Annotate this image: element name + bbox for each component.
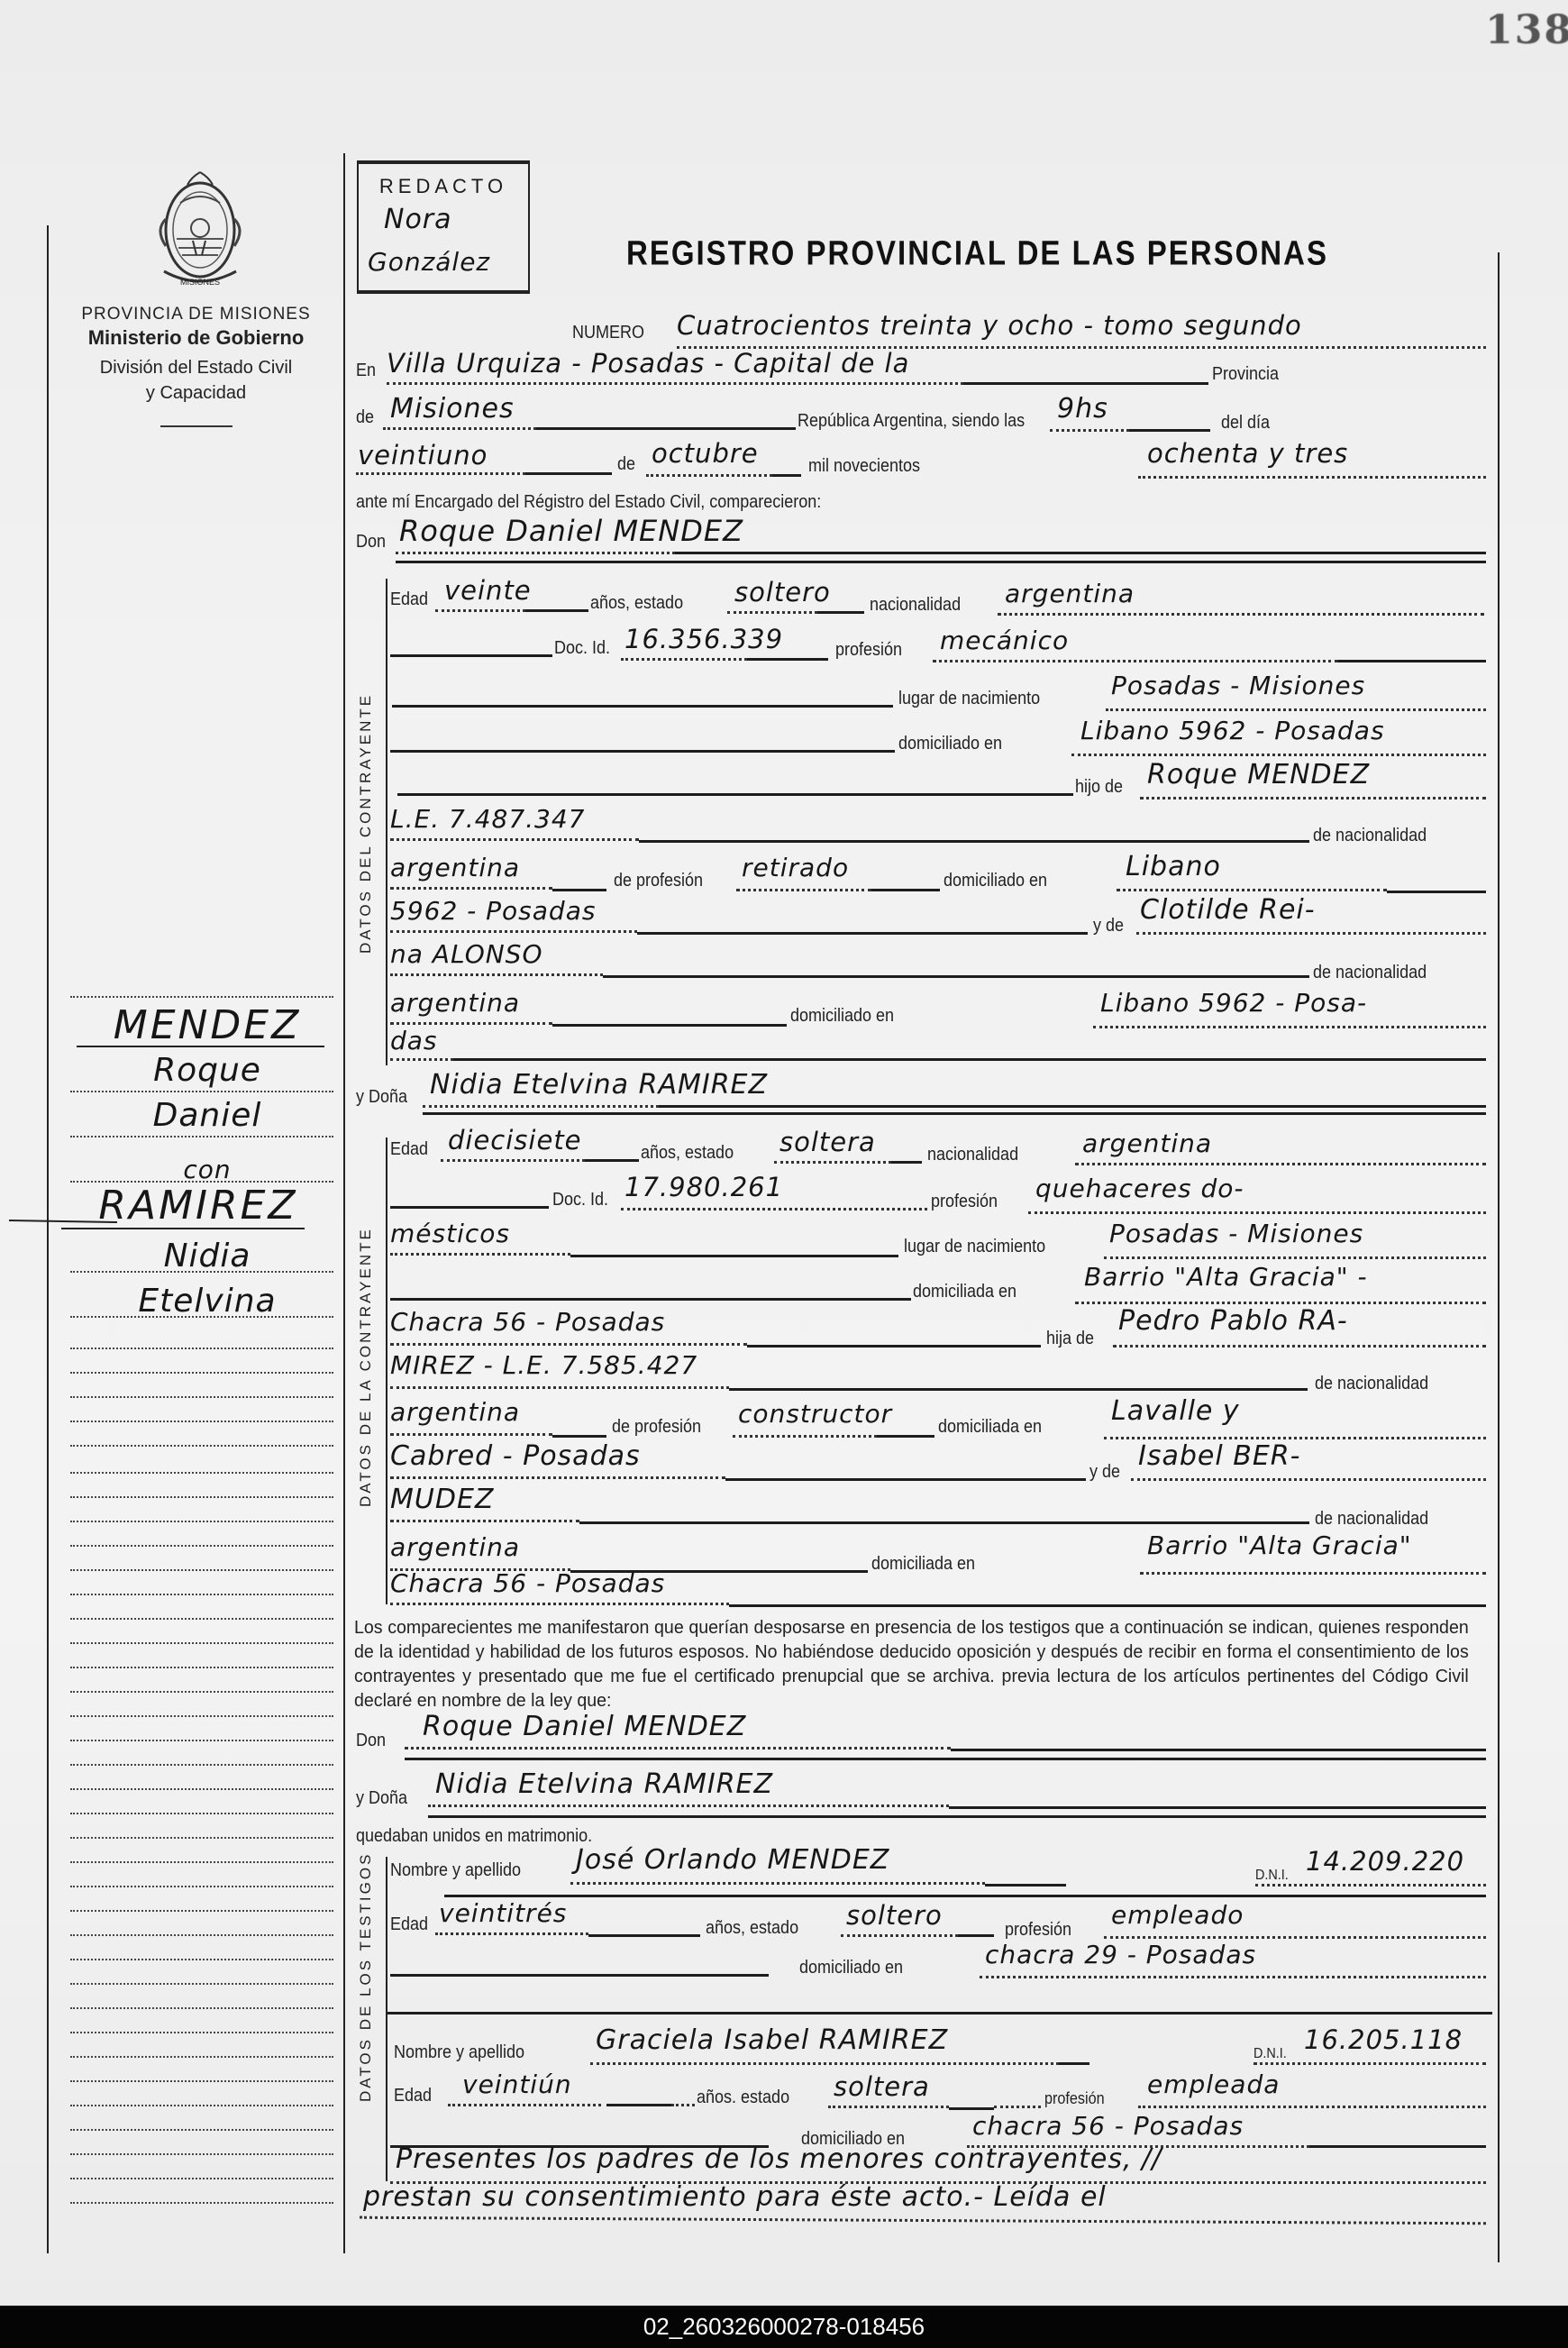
lugar-value: Posadas - Misiones xyxy=(1111,671,1365,700)
margin-line xyxy=(70,1788,333,1790)
del-dia-label: del día xyxy=(1221,413,1270,434)
contrayente-lugar-row: lugar de nacimiento Posadas - Misiones xyxy=(354,669,1491,714)
madre-nacionalidad-label: de nacionalidad xyxy=(1313,963,1427,983)
margin-line xyxy=(70,1813,333,1814)
dia-value: veintiuno xyxy=(358,440,488,471)
fill-line xyxy=(435,1932,588,1935)
declaration-don-row: Don Roque Daniel MENDEZ xyxy=(354,1711,1491,1756)
margin-surname-bride: RAMIREZ xyxy=(68,1188,329,1224)
fill-line xyxy=(356,472,525,475)
fill-line xyxy=(1253,2062,1486,2065)
fill-line xyxy=(392,705,893,708)
contrayente-domicilio-row: domiciliado en Libano 5962 - Posadas xyxy=(354,714,1491,759)
margin-line xyxy=(70,2007,333,2009)
left-column-divider xyxy=(343,153,345,2253)
madre-value-1: Isabel BER- xyxy=(1138,1440,1300,1472)
testigo-2-profesion: empleada xyxy=(1147,2069,1280,2099)
fill-line xyxy=(725,1478,1086,1481)
fill-line xyxy=(659,1105,1486,1108)
nacionalidad-label: nacionalidad xyxy=(927,1145,1018,1165)
fill-line xyxy=(423,1105,659,1108)
fill-line xyxy=(390,1476,725,1479)
margin-line xyxy=(70,2080,333,2082)
de-nacionalidad-label: de nacionalidad xyxy=(1313,826,1427,846)
margin-line xyxy=(70,1445,333,1447)
en-label: En xyxy=(356,361,376,381)
fill-line xyxy=(1104,1437,1486,1439)
lugar-value: Posadas - Misiones xyxy=(1109,1219,1363,1248)
fill-line xyxy=(603,975,1309,978)
don-value: Roque Daniel MENDEZ xyxy=(423,1711,746,1742)
fill-line xyxy=(525,609,588,612)
margin-line xyxy=(70,1521,333,1522)
edad-label: Edad xyxy=(390,589,428,610)
padre-profesion-value: retirado xyxy=(742,853,849,882)
fill-line xyxy=(606,2104,671,2106)
margin-line xyxy=(70,2202,333,2204)
madre-domicilio-value-2: Chacra 56 - Posadas xyxy=(390,1568,665,1598)
madre-domicilio-value-1: Libano 5962 - Posa- xyxy=(1100,988,1367,1018)
margin-line xyxy=(70,1496,333,1498)
fill-line xyxy=(390,1520,579,1522)
contrayenta-madre-dom-cont-row: Chacra 56 - Posadas xyxy=(354,1568,1491,1613)
de-mes-label: de xyxy=(617,454,635,475)
fill-line xyxy=(877,1435,934,1438)
fill-line xyxy=(552,1435,606,1438)
fill-line xyxy=(747,658,828,661)
contrayenta-padre-prof-row: argentina de profesión constructor domic… xyxy=(354,1395,1491,1440)
margin-line xyxy=(70,1348,333,1349)
fill-line xyxy=(390,1343,747,1346)
fill-line xyxy=(1136,932,1486,935)
fill-line xyxy=(1140,797,1486,799)
fill-line xyxy=(1131,1478,1486,1481)
fill-line xyxy=(390,1603,729,1605)
fill-line xyxy=(841,1934,958,1937)
note-line-2: prestan su consentimiento para éste acto… xyxy=(363,2181,1107,2213)
testigo-1-nombre-row: Nombre y apellido José Orlando MENDEZ D.… xyxy=(354,1846,1491,1891)
fill-line xyxy=(958,1934,994,1937)
margin-line xyxy=(70,1934,333,1936)
anios-label: años, estado xyxy=(641,1143,734,1164)
fill-line xyxy=(588,1934,700,1937)
fill-line xyxy=(570,1882,985,1885)
doc-label: D.N.I. xyxy=(1255,1868,1289,1884)
declaration-dona-row: y Doña Nidia Etelvina RAMIREZ xyxy=(354,1768,1491,1814)
fill-line xyxy=(1106,708,1486,711)
fill-line xyxy=(552,889,606,891)
image-id-footer: 02_260326000278-018456 xyxy=(0,2306,1568,2348)
padre-nacionalidad-value: argentina xyxy=(390,1397,520,1427)
fill-line xyxy=(1138,2106,1486,2108)
nacionalidad-value: argentina xyxy=(1082,1128,1212,1158)
fill-line xyxy=(396,561,1486,563)
margin-line xyxy=(70,2032,333,2033)
contrayenta-doc-row: Doc. Id. 17.980.261 profesión quehaceres… xyxy=(354,1170,1491,1215)
fill-line xyxy=(1387,891,1486,893)
margin-line xyxy=(70,996,333,998)
madre-value-1: Clotilde Rei- xyxy=(1140,894,1316,926)
nombre-label: Nombre y apellido xyxy=(394,2042,524,2063)
margin-line xyxy=(70,1886,333,1887)
hora-value: 9hs xyxy=(1057,393,1108,425)
fill-line xyxy=(1129,429,1210,432)
nacionalidad-label: nacionalidad xyxy=(870,595,961,616)
dona-value: Nidia Etelvina RAMIREZ xyxy=(435,1768,773,1800)
fill-line xyxy=(933,660,1338,662)
fill-line xyxy=(390,750,895,753)
numero-label: NUMERO xyxy=(572,323,644,343)
testigo-2-estado: soltera xyxy=(834,2071,930,2102)
testigo-1-edad: veintitrés xyxy=(439,1898,567,1928)
contrayenta-lugar-row: mésticos lugar de nacimiento Posadas - M… xyxy=(354,1215,1491,1260)
division-name: División del Estado Civil xyxy=(54,355,338,380)
dona-label: y Doña xyxy=(356,1087,407,1108)
margin-surname-groom: MENDEZ xyxy=(86,1008,329,1044)
fill-line xyxy=(1075,1163,1486,1165)
fill-line xyxy=(390,887,552,890)
fill-line xyxy=(453,1058,1486,1061)
mes-value: octubre xyxy=(652,438,759,469)
edad-label: Edad xyxy=(394,2086,432,2106)
profesion-label: profesión xyxy=(1044,2089,1105,2108)
margin-name-bride-1: Nidia xyxy=(86,1238,329,1274)
ante-text: ante mí Encargado del Régistro del Estad… xyxy=(356,492,821,513)
dona-row: y Doña Nidia Etelvina RAMIREZ xyxy=(354,1067,1491,1112)
organization-header: PROVINCIA DE MISIONES Ministerio de Gobi… xyxy=(54,305,338,427)
edad-label: Edad xyxy=(390,1914,428,1935)
padre-doc-value: L.E. 7.487.347 xyxy=(390,804,586,834)
testigo-2-domicilio: chacra 56 - Posadas xyxy=(972,2111,1244,2141)
padre-value-1: Pedro Pablo RA- xyxy=(1118,1305,1348,1337)
lugar-label: lugar de nacimiento xyxy=(898,689,1040,709)
provincia-label: Provincia xyxy=(1212,364,1279,385)
fill-line xyxy=(390,930,637,933)
testigo-2-nombre: Graciela Isabel RAMIREZ xyxy=(596,2024,948,2056)
fill-line xyxy=(390,1298,911,1301)
testigo-2-doc: 16.205.118 xyxy=(1304,2024,1463,2055)
margin-line xyxy=(70,1691,333,1693)
fill-line xyxy=(646,474,772,477)
margin-line xyxy=(70,2153,333,2155)
estado-value: soltera xyxy=(779,1127,876,1157)
note-line-1: Presentes los padres de los menores cont… xyxy=(396,2143,1162,2175)
margin-line xyxy=(70,2105,333,2106)
de-profesion-label: de profesión xyxy=(614,871,703,891)
fill-line xyxy=(585,1159,639,1162)
margin-line xyxy=(70,1740,333,1741)
fill-line xyxy=(525,472,612,475)
fill-line xyxy=(1255,1884,1486,1887)
fill-line xyxy=(774,1161,891,1164)
anios-label: años, estado xyxy=(590,593,683,614)
fill-line xyxy=(675,552,1486,554)
fill-line xyxy=(998,613,1484,616)
redacto-label: REDACTO xyxy=(359,175,528,198)
contrayenta-padre-row: Chacra 56 - Posadas hija de Pedro Pablo … xyxy=(354,1305,1491,1350)
doc-label: D.N.I. xyxy=(1253,2046,1287,2062)
redactor-first-name: Nora xyxy=(384,204,452,235)
padre-domicilio-value-1: Lavalle y xyxy=(1111,1395,1240,1427)
note-row-1: Presentes los padres de los menores cont… xyxy=(354,2142,1491,2187)
fill-line xyxy=(637,932,1088,935)
testigo-2-edad: veintiún xyxy=(462,2069,572,2099)
fill-line xyxy=(390,838,639,841)
margin-line xyxy=(70,1861,333,1863)
division-name-cont: y Capacidad xyxy=(54,380,338,406)
don-label: Don xyxy=(356,1731,386,1751)
fill-line xyxy=(1117,889,1387,891)
anios-label: años. estado xyxy=(697,2088,789,2108)
margin-line xyxy=(70,1421,333,1422)
margin-line xyxy=(70,1569,333,1571)
hija-label: hija de xyxy=(1046,1329,1094,1349)
dona-label: y Doña xyxy=(356,1788,407,1809)
note-row-2: prestan su consentimiento para éste acto… xyxy=(354,2181,1491,2226)
provincia-row: de Misiones República Argentina, siendo … xyxy=(354,388,1491,433)
domicilio-value-2: Chacra 56 - Posadas xyxy=(390,1307,665,1337)
edad-label: Edad xyxy=(390,1139,428,1160)
redactor-last-name: González xyxy=(368,247,490,277)
margin-line xyxy=(70,1667,333,1668)
fill-line xyxy=(536,427,796,430)
testigo-1-doc: 14.209.220 xyxy=(1306,1846,1464,1877)
lugar-label: lugar de nacimiento xyxy=(904,1237,1045,1257)
contrayenta-domicilio-row: domiciliada en Barrio "Alta Gracia" - xyxy=(354,1260,1491,1305)
don-value: Roque Daniel MENDEZ xyxy=(399,514,743,548)
profesion-label: profesión xyxy=(835,640,902,661)
profesion-label: profesión xyxy=(931,1192,998,1212)
fecha-row: veintiuno de octubre mil novecientos och… xyxy=(354,433,1491,478)
dona-value: Nidia Etelvina RAMIREZ xyxy=(430,1069,768,1101)
padre-domicilio-value-2: Cabred - Posadas xyxy=(390,1440,641,1472)
margin-underline xyxy=(61,1228,305,1229)
domicilio-label: domiciliado en xyxy=(898,734,1002,754)
domicilio-value: Libano 5962 - Posadas xyxy=(1080,716,1385,745)
declaration-paragraph: Los comparecientes me manifestaron que q… xyxy=(354,1616,1469,1713)
fill-line xyxy=(390,973,603,976)
contrayente-padre-doc-row: L.E. 7.487.347 de nacionalidad xyxy=(354,804,1491,849)
fill-line xyxy=(405,1758,1486,1760)
nacionalidad-value: argentina xyxy=(1005,579,1135,608)
fill-line xyxy=(949,1806,1486,1809)
madre-domicilio-value-2: das xyxy=(390,1026,438,1055)
fill-line xyxy=(579,1521,1309,1524)
fill-line xyxy=(396,552,675,554)
fill-line xyxy=(444,1895,1486,1897)
y-de-label: y de xyxy=(1093,916,1124,936)
fill-line xyxy=(448,2104,601,2106)
fill-line xyxy=(980,1976,1486,1978)
fill-line xyxy=(1075,1302,1486,1304)
fill-line xyxy=(727,611,817,614)
fill-line xyxy=(621,658,747,661)
fill-line xyxy=(1071,754,1486,756)
fill-line xyxy=(1050,429,1129,432)
testigo-1-nombre: José Orlando MENDEZ xyxy=(576,1844,889,1876)
padre-domicilio-value-1: Libano xyxy=(1126,851,1221,882)
y-de-label: y de xyxy=(1089,1462,1120,1483)
fill-line xyxy=(729,1388,1308,1391)
padre-value: Roque MENDEZ xyxy=(1147,759,1370,790)
madre-nacionalidad-value: argentina xyxy=(390,988,520,1018)
contrayente-padre-prof-row: argentina de profesión retirado domicili… xyxy=(354,849,1491,894)
doc-value: 17.980.261 xyxy=(624,1172,783,1202)
contrayenta-edad-row: Edad diecisiete años, estado soltera nac… xyxy=(354,1125,1491,1170)
lugar-value: Villa Urquiza - Posadas - Capital de la xyxy=(387,348,909,379)
fill-line xyxy=(428,1804,949,1807)
contrayente-madre-dom-cont-row: das xyxy=(354,1022,1491,1067)
contrayente-madre-nac-row: na ALONSO de nacionalidad xyxy=(354,939,1491,984)
margin-line xyxy=(70,1271,333,1273)
contrayente-doc-row: Doc. Id. 16.356.339 profesión mecánico xyxy=(354,620,1491,665)
doc-label: Doc. Id. xyxy=(552,1190,608,1211)
fill-line xyxy=(1113,1345,1486,1348)
margin-line xyxy=(70,2129,333,2131)
fill-line xyxy=(639,840,1309,843)
fill-line xyxy=(390,1433,552,1436)
padre-domicilio-value-2: 5962 - Posadas xyxy=(390,896,596,926)
edad-value: diecisiete xyxy=(448,1125,582,1156)
fill-line xyxy=(729,1604,1486,1607)
margin-line xyxy=(70,1618,333,1620)
fill-line xyxy=(441,1159,585,1162)
left-column-border xyxy=(47,225,49,2253)
fill-line xyxy=(871,889,940,891)
fill-line xyxy=(397,793,1073,796)
margin-line xyxy=(70,1472,333,1474)
fill-line xyxy=(671,2104,695,2106)
republica-label: República Argentina, siendo las xyxy=(798,411,1025,432)
provincia-value: Misiones xyxy=(390,393,515,425)
fill-line xyxy=(435,609,525,612)
testigo-1-domicilio: chacra 29 - Posadas xyxy=(985,1940,1256,1969)
profesion-value-2: mésticos xyxy=(390,1219,510,1248)
margin-line xyxy=(70,1983,333,1985)
testigo-1-domicilio-row: domiciliado en chacra 29 - Posadas xyxy=(354,1938,1491,1983)
margin-line xyxy=(70,2056,333,2058)
fill-line xyxy=(390,1058,453,1061)
fill-line xyxy=(390,1206,549,1209)
margin-line xyxy=(70,1764,333,1766)
contrayente-madre-row: 5962 - Posadas y de Clotilde Rei- xyxy=(354,894,1491,939)
hijo-label: hijo de xyxy=(1075,777,1123,798)
domicilio-label: domiciliado en xyxy=(799,1958,903,1978)
fill-line xyxy=(747,1345,1041,1348)
fill-line xyxy=(590,2062,1059,2065)
document-page: 138 MISIONES PROVINCIA DE MISIONES Minis… xyxy=(0,0,1568,2306)
province-name: PROVINCIA DE MISIONES xyxy=(54,305,338,324)
testigo-1-estado: soltero xyxy=(846,1900,943,1931)
margin-line xyxy=(70,1910,333,1912)
de-profesion-label: de profesión xyxy=(612,1417,701,1438)
fill-line xyxy=(390,1386,729,1389)
anio-value: ochenta y tres xyxy=(1147,438,1348,469)
padre-domicilio-label: domiciliado en xyxy=(944,871,1047,891)
fill-line xyxy=(891,1161,922,1164)
margin-line xyxy=(70,1136,333,1137)
fill-line xyxy=(985,1884,1066,1887)
fill-line xyxy=(1104,1256,1486,1259)
nombre-label: Nombre y apellido xyxy=(390,1860,521,1881)
madre-value-2: na ALONSO xyxy=(390,939,543,969)
de-nacionalidad-label: de nacionalidad xyxy=(1315,1374,1428,1394)
divider xyxy=(160,425,232,427)
anios-label: años, estado xyxy=(706,1918,798,1939)
page-title: REGISTRO PROVINCIAL DE LAS PERSONAS xyxy=(626,233,1328,273)
testigo-2-nombre-row: Nombre y apellido Graciela Isabel RAMIRE… xyxy=(354,2024,1491,2069)
fill-line xyxy=(390,654,552,657)
don-row: Don Roque Daniel MENDEZ xyxy=(354,514,1491,559)
fill-line xyxy=(733,1435,877,1438)
margin-line xyxy=(70,1837,333,1839)
mil-label: mil novecientos xyxy=(808,456,920,477)
fill-line xyxy=(736,889,871,891)
margin-line xyxy=(70,1396,333,1398)
profesion-value: mecánico xyxy=(940,626,1069,655)
separator-line xyxy=(387,2012,1492,2015)
fill-line xyxy=(963,382,1208,385)
numero-value: Cuatrocientos treinta y ocho - tomo segu… xyxy=(677,310,1302,341)
coat-of-arms-icon: MISIONES xyxy=(146,165,254,300)
form-right-border xyxy=(1498,252,1500,2262)
fill-line xyxy=(1059,2062,1089,2065)
margin-line xyxy=(70,1715,333,1717)
domicilio-value-1: Barrio "Alta Gracia" - xyxy=(1084,1262,1368,1292)
fill-line xyxy=(423,1112,1486,1115)
margin-line xyxy=(70,1091,333,1092)
margin-line xyxy=(70,1316,333,1318)
profesion-value-1: quehaceres do- xyxy=(1035,1174,1244,1203)
margin-line xyxy=(70,2178,333,2179)
madre-nacionalidad-label: de nacionalidad xyxy=(1315,1509,1428,1530)
fill-line xyxy=(390,1253,570,1256)
margin-line xyxy=(70,1959,333,1960)
edad-value: veinte xyxy=(444,575,532,606)
don-label: Don xyxy=(356,532,386,553)
testigo-2-edad-row: Edad veintiún años. estado soltera profe… xyxy=(354,2069,1491,2115)
margin-name-groom-2: Daniel xyxy=(86,1098,329,1134)
doc-value: 16.356.339 xyxy=(624,624,783,654)
fill-line xyxy=(817,611,864,614)
fill-line xyxy=(951,1749,1486,1751)
padre-value-2: MIREZ - L.E. 7.585.427 xyxy=(390,1350,697,1380)
domicilio-label: domiciliada en xyxy=(913,1282,1016,1302)
fill-line xyxy=(1338,660,1486,662)
margin-line xyxy=(70,1594,333,1595)
contrayenta-padre-doc-row: MIREZ - L.E. 7.585.427 de nacionalidad xyxy=(354,1350,1491,1395)
contrayente-padre-row: hijo de Roque MENDEZ xyxy=(354,759,1491,804)
fill-line xyxy=(621,1208,927,1211)
contrayente-edad-row: Edad veinte años, estado soltero naciona… xyxy=(354,575,1491,620)
redacto-box: REDACTO Nora González xyxy=(357,160,530,294)
fill-line xyxy=(405,1747,951,1750)
contrayenta-madre-nac-row: MUDEZ de nacionalidad xyxy=(354,1485,1491,1530)
fill-line xyxy=(1028,1211,1486,1214)
margin-line xyxy=(70,1372,333,1374)
margin-name-bride-2: Etelvina xyxy=(86,1284,329,1320)
fill-line xyxy=(360,2216,1486,2225)
padre-domicilio-label: domiciliada en xyxy=(938,1417,1042,1438)
page-number: 138 xyxy=(1485,7,1568,53)
svg-text:MISIONES: MISIONES xyxy=(180,278,220,287)
fill-line xyxy=(387,382,963,385)
margin-underline xyxy=(77,1046,324,1047)
de-label: de xyxy=(356,407,374,428)
fill-line xyxy=(390,1974,769,1977)
madre-value-2: MUDEZ xyxy=(390,1484,494,1515)
margin-name-groom-1: Roque xyxy=(86,1053,329,1089)
